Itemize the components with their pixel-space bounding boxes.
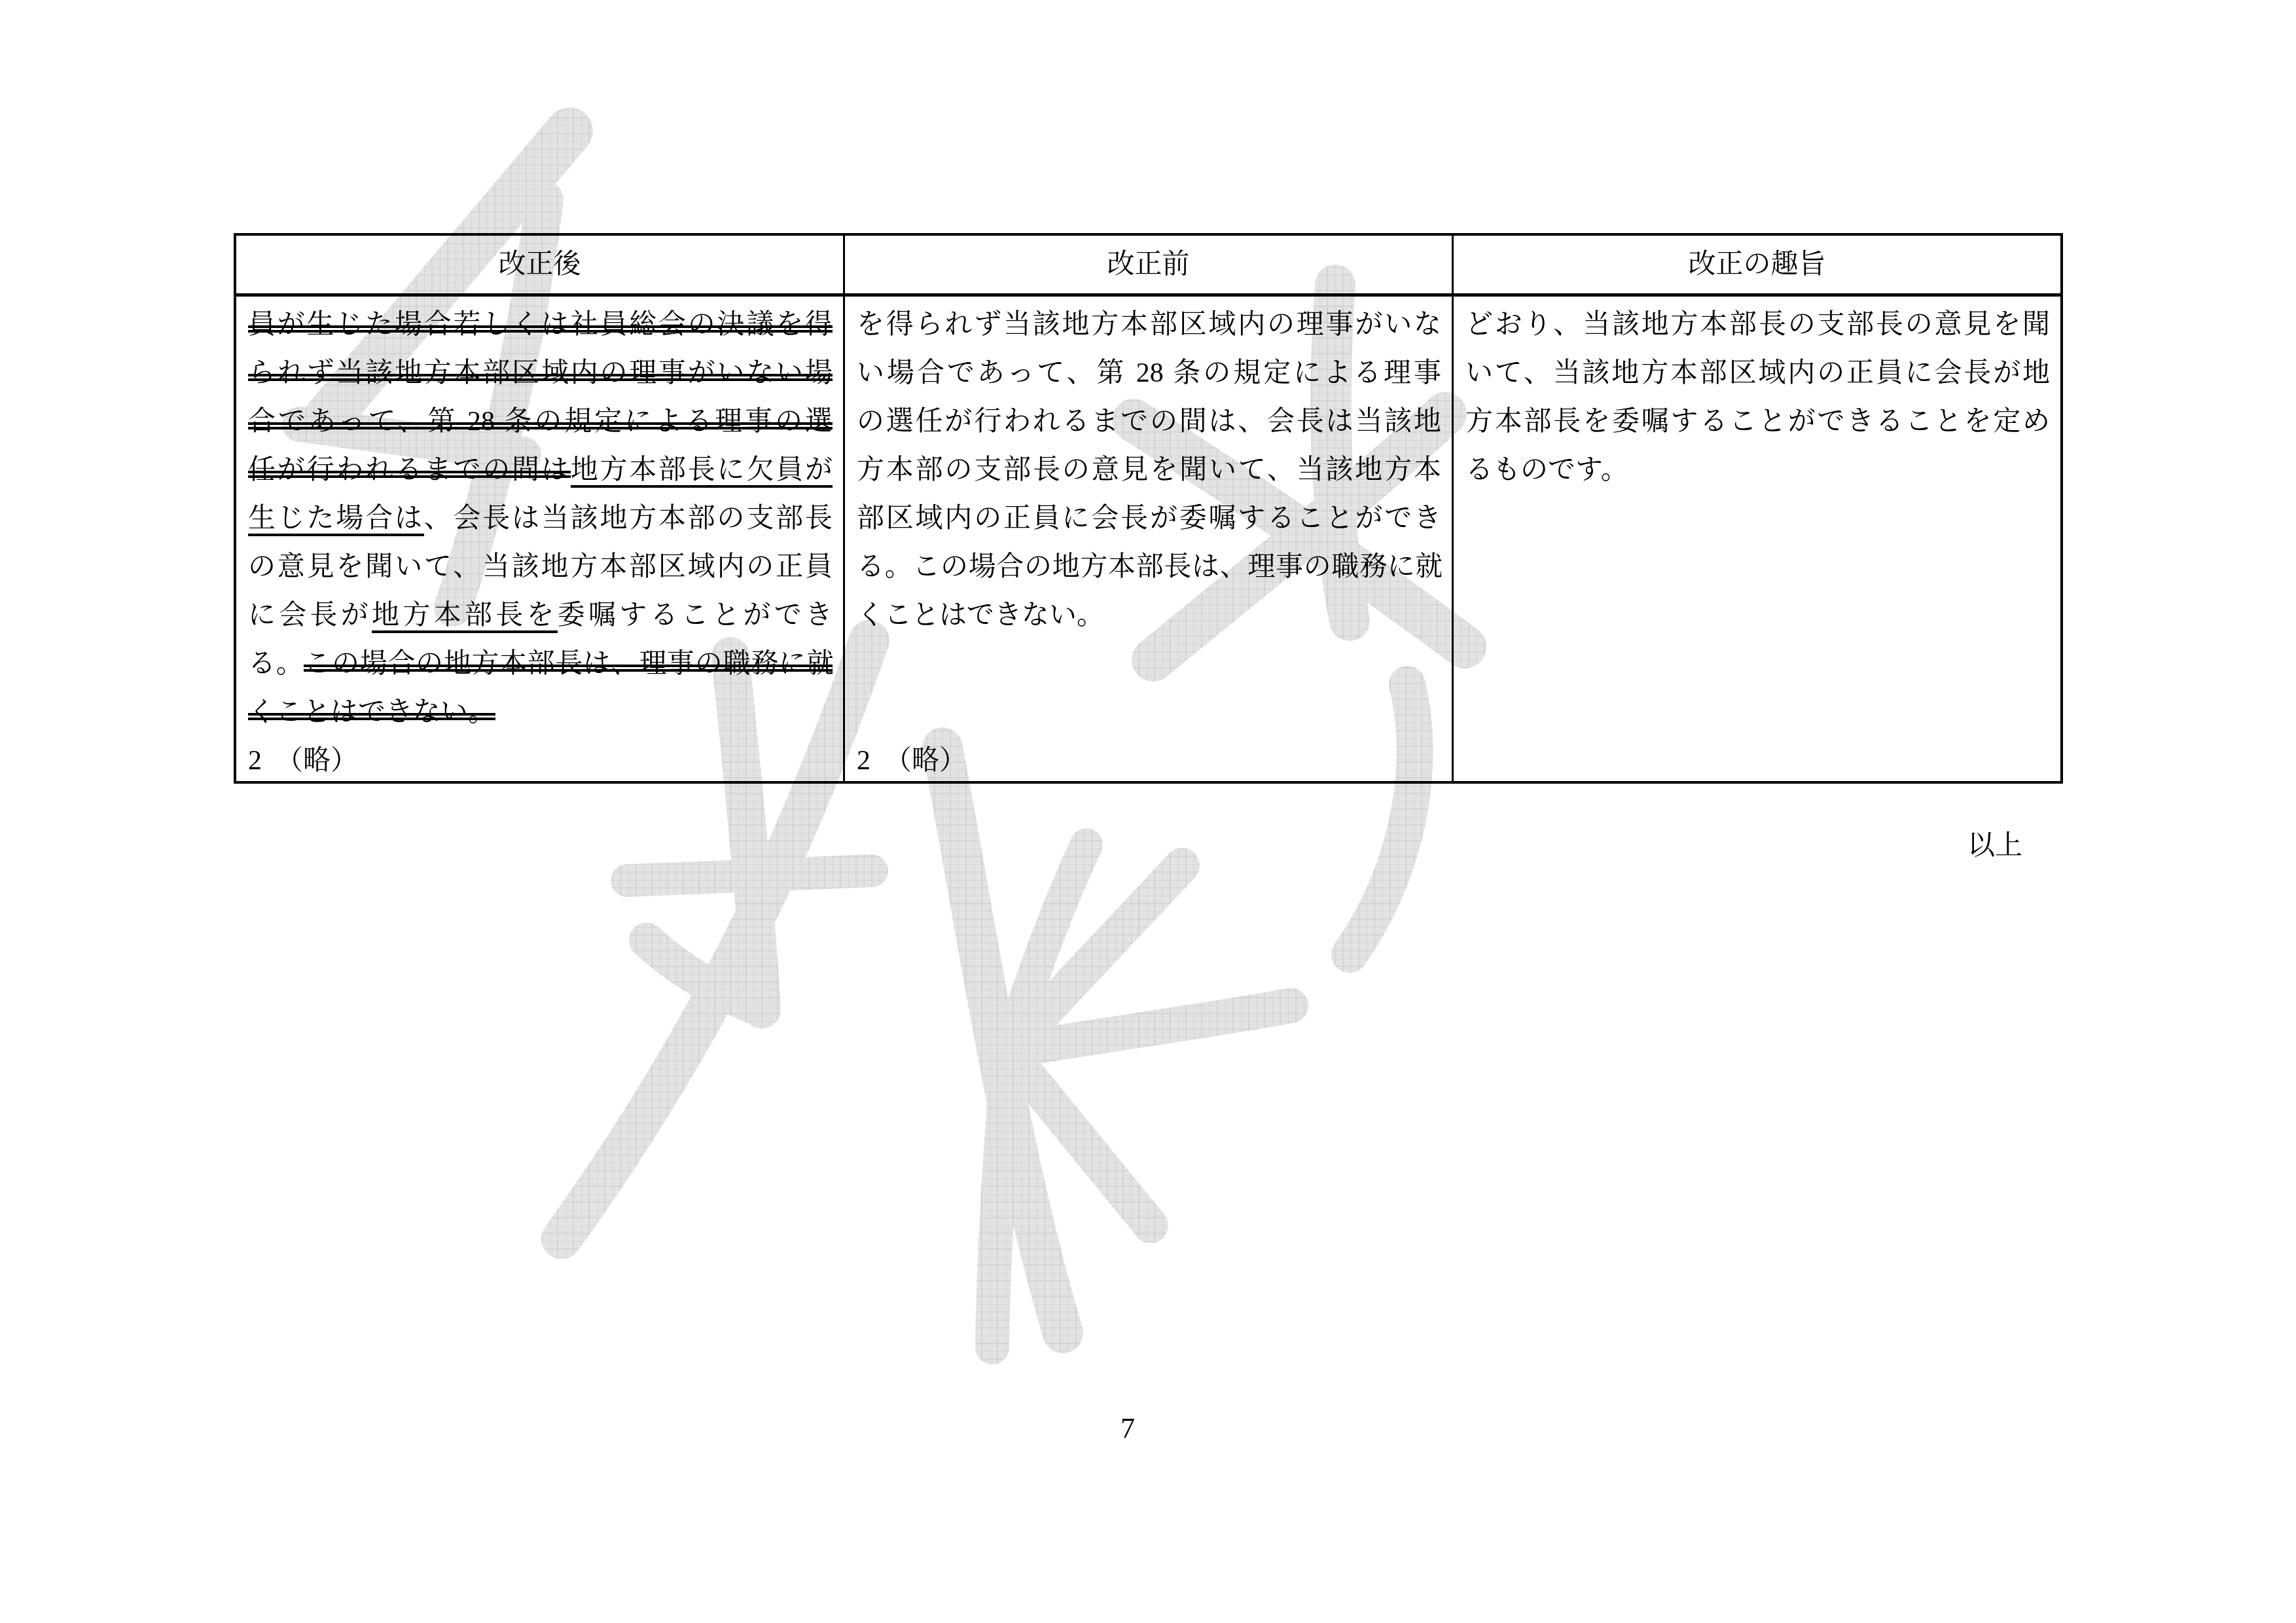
text-line: る。この場合の地方本部長は、理事の職務に就	[857, 543, 1441, 591]
text-line: 2 （略）	[248, 737, 833, 781]
text-line: に会長が地方本部長を委嘱することができ	[248, 591, 833, 640]
text-line: 部区域内の正員に会長が委嘱することができ	[857, 494, 1441, 543]
deleted-text: くことはできない。	[248, 697, 495, 727]
text-line: る。この場合の地方本部長は、理事の職務に就	[248, 640, 833, 688]
text-line: いて、当該地方本部区域内の正員に会長が地	[1465, 349, 2050, 397]
text-run: い場合であって、第 28 条の規定による理事	[857, 358, 1441, 388]
text-run: の選任が行われるまでの間は、会長は当該地	[857, 407, 1441, 437]
header-cell-before: 改正前	[843, 236, 1452, 293]
text-line: くことはできない。	[857, 591, 1441, 640]
text-line: 任が行われるまでの間は地方本部長に欠員が	[248, 446, 833, 494]
text-line: どおり、当該地方本部長の支部長の意見を聞	[1465, 301, 2050, 349]
column-before-body: を得られず当該地方本部区域内の理事がいない場合であって、第 28 条の規定による…	[843, 297, 1452, 781]
column-after-body: 員が生じた場合若しくは社員総会の決議を得られず当該地方本部区域内の理事がいない場…	[236, 297, 843, 781]
inserted-text: 地方本部長を	[372, 600, 558, 633]
text-line: 方本部長を委嘱することができることを定め	[1465, 397, 2050, 446]
text-line: を得られず当該地方本部区域内の理事がいな	[857, 301, 1441, 349]
text-run: 委嘱することができ	[558, 600, 833, 630]
deleted-text: 員が生じた場合若しくは社員総会の決議を得	[248, 310, 833, 340]
table-header-row: 改正後 改正前 改正の趣旨	[236, 236, 2060, 297]
deleted-text: この場合の地方本部長は、理事の職務に就	[304, 649, 833, 679]
deleted-text: 任が行われるまでの間は	[248, 455, 571, 485]
text-line: るものです。	[1465, 446, 2050, 494]
text-line: 合であって、第 28 条の規定による理事の選	[248, 397, 833, 446]
text-line: の選任が行われるまでの間は、会長は当該地	[857, 397, 1441, 446]
text-run: 2 （略）	[248, 746, 358, 776]
inserted-text: 地方本部長に欠員が	[571, 455, 833, 488]
text-run: 部区域内の正員に会長が委嘱することができ	[857, 503, 1441, 534]
deleted-text: られず当該地方本部区域内の理事がいない場	[248, 358, 833, 388]
text-line: 生じた場合は、会長は当該地方本部の支部長	[248, 494, 833, 543]
amendment-comparison-table: 改正後 改正前 改正の趣旨 員が生じた場合若しくは社員総会の決議を得られず当該地…	[234, 233, 2063, 784]
text-run: の意見を聞いて、当該地方本部区域内の正員	[248, 552, 833, 582]
text-line: 2 （略）	[857, 737, 1441, 781]
blank-line	[857, 640, 1441, 688]
header-cell-after: 改正後	[236, 236, 843, 293]
text-line: 員が生じた場合若しくは社員総会の決議を得	[248, 301, 833, 349]
text-run: 、会長は当該地方本部の支部長	[424, 503, 833, 534]
page-number: 7	[1105, 1412, 1151, 1445]
text-line: 方本部の支部長の意見を聞いて、当該地方本	[857, 446, 1441, 494]
text-run: る。	[248, 649, 304, 679]
column-purpose-body: どおり、当該地方本部長の支部長の意見を聞いて、当該地方本部区域内の正員に会長が地…	[1452, 297, 2060, 781]
text-run: 方本部の支部長の意見を聞いて、当該地方本	[857, 455, 1441, 485]
inserted-text: 生じた場合は	[248, 503, 424, 536]
deleted-text: 合であって、第 28 条の規定による理事の選	[248, 407, 833, 437]
text-run: どおり、当該地方本部長の支部長の意見を聞	[1465, 310, 2050, 340]
text-run: に会長が	[248, 600, 372, 630]
text-run: る。この場合の地方本部長は、理事の職務に就	[857, 552, 1441, 582]
text-run: 2 （略）	[857, 746, 967, 776]
text-run: くことはできない。	[857, 600, 1104, 630]
closing-mark: 以上	[1967, 830, 2022, 862]
text-run: いて、当該地方本部区域内の正員に会長が地	[1465, 358, 2050, 388]
blank-line	[857, 688, 1441, 737]
table-body-row: 員が生じた場合若しくは社員総会の決議を得られず当該地方本部区域内の理事がいない場…	[236, 297, 2060, 781]
text-line: られず当該地方本部区域内の理事がいない場	[248, 349, 833, 397]
text-run: を得られず当該地方本部区域内の理事がいな	[857, 310, 1441, 340]
document-page: 改正後 改正前 改正の趣旨 員が生じた場合若しくは社員総会の決議を得られず当該地…	[0, 0, 2296, 1623]
text-line: くことはできない。	[248, 688, 833, 737]
header-cell-purpose: 改正の趣旨	[1452, 236, 2060, 293]
text-line: い場合であって、第 28 条の規定による理事	[857, 349, 1441, 397]
text-line: の意見を聞いて、当該地方本部区域内の正員	[248, 543, 833, 591]
text-run: るものです。	[1465, 455, 1628, 485]
text-run: 方本部長を委嘱することができることを定め	[1465, 407, 2050, 437]
